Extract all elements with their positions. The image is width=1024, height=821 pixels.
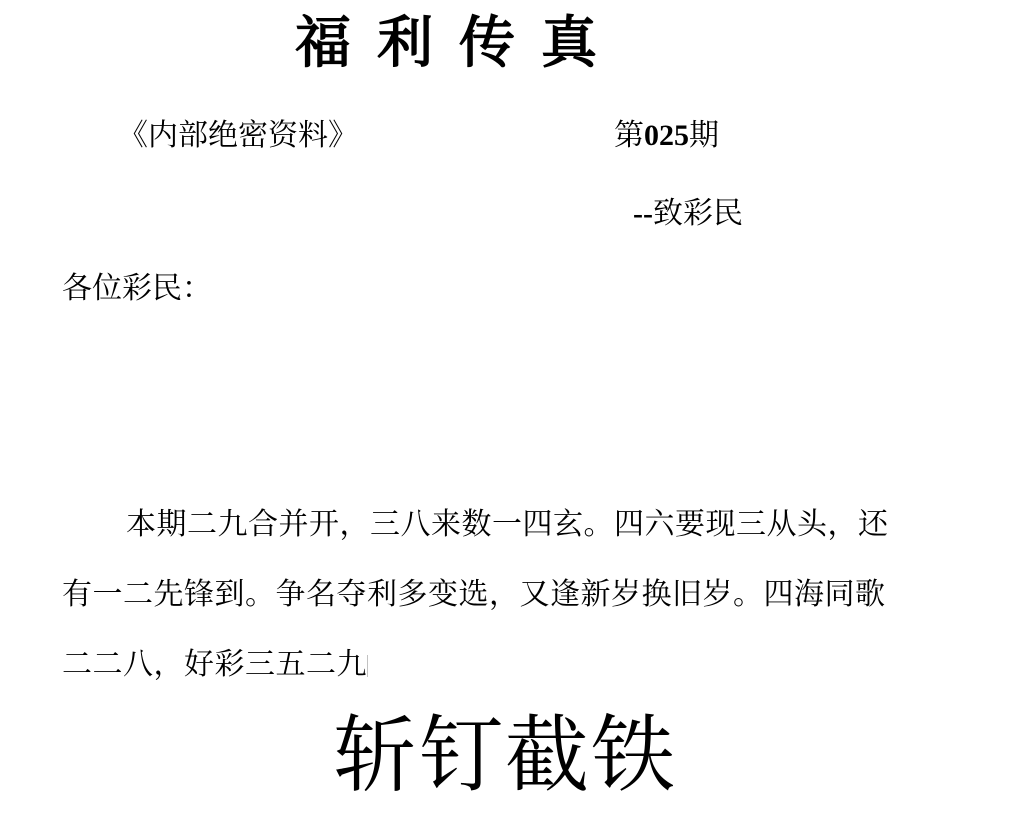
body-line-text: 二二八，好彩三五二九 — [62, 647, 367, 682]
issue-prefix: 第 — [614, 118, 644, 153]
body-line: 有一二先锋到。争名夺利多变选，又逢新岁换旧岁。四海同歌 — [62, 560, 972, 630]
body-line: 本期二九合并开，三八来数一四玄。四六要现三从头，还 — [62, 490, 972, 560]
document-title: 福利传真 — [0, 6, 918, 82]
body-paragraph: 本期二九合并开，三八来数一四玄。四六要现三从头，还 有一二先锋到。争名夺利多变选… — [62, 490, 972, 700]
issue-number-value: 025 — [644, 119, 689, 152]
issue-number: 第025期 — [614, 116, 719, 156]
issue-suffix: 期 — [689, 118, 719, 153]
document-subtitle: 《内部绝密资料》 — [118, 116, 358, 156]
body-line-last: 二二八，好彩三五二九 — [62, 630, 972, 700]
greeting: 各位彩民： — [62, 268, 212, 310]
recipient-text: 致彩民 — [653, 196, 743, 231]
recipient-dash: -- — [633, 197, 653, 230]
slogan: 斩钉截铁 — [0, 700, 1010, 810]
recipient-line: --致彩民 — [633, 194, 743, 234]
scan-artifact — [367, 655, 378, 677]
